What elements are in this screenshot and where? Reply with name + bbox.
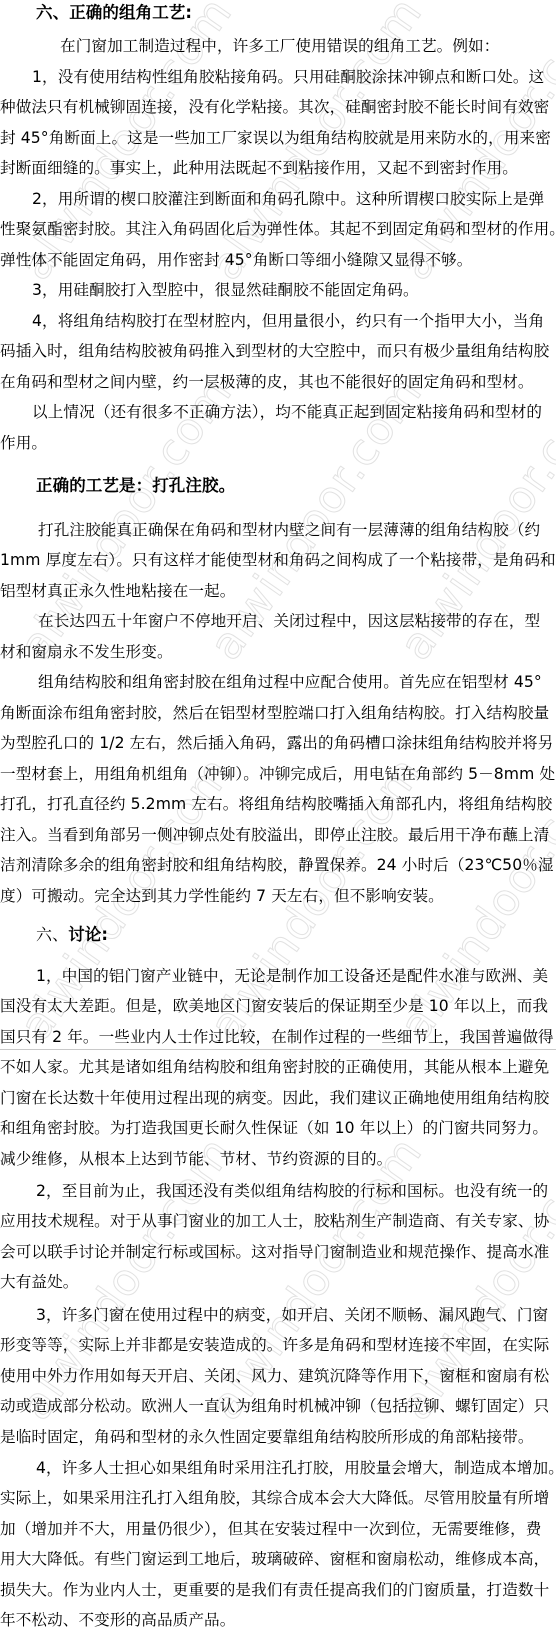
paragraph-line: 使用中外力作用如每天开启、关闭、风力、建筑沉降等作用下，窗框和窗扇有松 [0, 1366, 549, 1386]
paragraph-line: 门窗在长达数十年使用过程出现的病变。因此，我们建议正确地使用组角结构胶 [0, 1088, 549, 1108]
horizontal-rule [0, 1049, 556, 1050]
paragraph-line: 封断面细缝的。事实上，此种用法既起不到粘接作用，又起不到密封作用。 [0, 158, 518, 178]
paragraph-line: 3，许多门窗在使用过程中的病变，如开启、关闭不顺畅、漏风跑气、门窗 [36, 1305, 548, 1325]
section-intro: 在门窗加工制造过程中，许多工厂使用错误的组角工艺。例如： [60, 36, 499, 56]
paragraph-line: 以上情况（还有很多不正确方法），均不能真正起到固定粘接角码和型材的 [32, 402, 542, 422]
document-page: alwindoor.com alwindoor.com alwindoor.co… [0, 0, 556, 1635]
paragraph-line: 在长达四五十年窗户不停地开启、关闭过程中，因这层粘接带的存在，型 [38, 611, 540, 631]
paragraph-line: 4，许多人士担心如果组角时采用注孔打胶，用胶量会增大，制造成本增加。 [36, 1458, 556, 1478]
paragraph-line: 应用技术规程。对于从事门窗业的加工人士，胶粘剂生产制造商、有关专家、协 [0, 1211, 549, 1231]
paragraph-line: 为型腔孔口的 1/2 左右，然后插入角码，露出的角码槽口涂抹组角结构胶并将另 [0, 733, 553, 753]
paragraph-line: 国只有 2 年。一些业内人士作过比较，在制作过程的一些细节上，我国普遍做得 [0, 1027, 554, 1047]
paragraph-line: 作用。 [0, 433, 47, 453]
paragraph-line: 种做法只有机械铆固连接，没有化学粘接。其次，硅酮密封胶不能长时间有效密 [0, 97, 549, 117]
paragraph-line: 年不松动、不变形的高品质产品。 [0, 1610, 235, 1630]
heading-prefix: 六、 [36, 925, 68, 944]
section-heading-discussion: 六、讨论: [36, 925, 108, 945]
paragraph-line: 在角码和型材之间内壁，约一层极薄的皮，其也不能很好的固定角码和型材。 [0, 372, 534, 392]
paragraph-line: 洁剂清除多余的组角密封胶和组角结构胶，静置保养。24 小时后（23℃50％湿 [0, 855, 554, 875]
paragraph-line: 2，至目前为止，我国还没有类似组角结构胶的行标和国标。也没有统一的 [36, 1181, 548, 1201]
paragraph-line: 和组角密封胶。为打造我国更长耐久性保证（如 10 年以上）的门窗共同努力。 [0, 1118, 548, 1138]
heading-main: 讨论: [68, 925, 108, 944]
paragraph-line: 度）可搬动。完全达到其力学性能约 7 天左右，但不影响安装。 [0, 886, 444, 906]
paragraph-line: 减少维修，从根本上达到节能、节材、节约资源的目的。 [0, 1149, 392, 1169]
paragraph-line: 国没有太大差距。但是，欧美地区门窗安装后的保证期至少是 10 年以上，而我 [0, 996, 548, 1016]
paragraph-line: 弹性体不能固定角码，用作密封 45°角断口等细小缝隙又显得不够。 [0, 250, 472, 270]
paragraph-line: 铝型材真正永久性地粘接在一起。 [0, 581, 235, 601]
paragraph-line: 不如人家。尤其是诸如组角结构胶和组角密封胶的正确使用，其能从根本上避免 [0, 1057, 549, 1077]
paragraph-line: 1，没有使用结构性组角胶粘接角码。只用硅酮胶涂抹冲铆点和断口处。这 [32, 67, 544, 87]
paragraph-line: 大有益处。 [0, 1272, 78, 1292]
paragraph-line: 实际上，如果采用注孔打入组角胶，其综合成本会大大降低。尽管用胶量有所增 [0, 1488, 549, 1508]
paragraph-line: 打孔，打孔直径约 5.2mm 左右。将组角结构胶嘴插入角部孔内，将组角结构胶 [0, 794, 552, 814]
paragraph-line: 注入。当看到角部另一侧冲铆点处有胶溢出，即停止注胶。最后用干净布蘸上清 [0, 825, 549, 845]
paragraph-line: 形变等等，实际上并非都是安装造成的。许多是角码和型材连接不牢固，在实际 [0, 1335, 549, 1355]
watermark-layer: alwindoor.com alwindoor.com alwindoor.co… [0, 0, 556, 1635]
paragraph-line: 材和窗扇永不发生形变。 [0, 642, 173, 662]
paragraph-line: 2，用所谓的楔口胶灌注到断面和角码孔隙中。这种所谓楔口胶实际上是弹 [32, 189, 544, 209]
paragraph-line: 损失大。作为业内人士，更重要的是我们有责任提高我们的门窗质量，打造数十 [0, 1580, 549, 1600]
paragraph-line: 4，将组角结构胶打在型材腔内，但用量很小，约只有一个指甲大小，当角 [32, 311, 544, 331]
paragraph-line: 封 45°角断面上。这是一些加工厂家误以为组角结构胶就是用来防水的，用来密 [0, 128, 551, 148]
paragraph-line: 用大大降低。有些门窗运到工地后，玻璃破碎、窗框和窗扇松动，维修成本高， [0, 1549, 549, 1569]
paragraph-line: 加（增加并不大，用量仍很少），但其在安装过程中一次到位，无需要维修，费 [0, 1519, 541, 1539]
paragraph-line: 1，中国的铝门窗产业链中，无论是制作加工设备还是配件水准与欧洲、美 [36, 966, 548, 986]
paragraph-line: 码插入时，组角结构胶被角码推入到型材的大空腔中，而只有极少量组角结构胶 [0, 341, 549, 361]
paragraph-line: 打孔注胶能真正确保在角码和型材内壁之间有一层薄薄的组角结构胶（约 [38, 520, 540, 540]
paragraph-line: 动或造成部分松动。欧洲人一直认为组角时机械冲铆（包括拉铆、螺钉固定）只 [0, 1396, 549, 1416]
paragraph-line: 组角结构胶和组角密封胶在组角过程中应配合使用。首先应在铝型材 45° [38, 672, 542, 692]
paragraph-line: 性聚氨酯密封胶。其注入角码固化后为弹性体。其起不到固定角码和型材的作用。 [0, 219, 556, 239]
paragraph-line: 角断面涂布组角密封胶，然后在铝型材型腔端口打入组角结构胶。打入结构胶量 [0, 703, 549, 723]
paragraph-line: 是临时固定，角码和型材的永久性固定要靠组角结构胶所形成的角部粘接带。 [0, 1427, 534, 1447]
paragraph-line: 会可以联手讨论并制定行标或国标。这对指导门窗制造业和规范操作、提高水准 [0, 1242, 549, 1262]
section-heading-correct-corner-process: 六、正确的组角工艺: [36, 3, 192, 23]
paragraph-line: 3，用硅酮胶打入型腔中，很显然硅酮胶不能固定角码。 [32, 280, 419, 300]
section-heading-correct-process: 正确的工艺是：打孔注胶。 [36, 476, 235, 496]
paragraph-line: 一型材套上，用组角机组角（冲铆）。冲铆完成后，用电钻在角部约 5－8mm 处 [0, 764, 555, 784]
paragraph-line: 1mm 厚度左右）。只有这样才能使型材和角码之间构成了一个粘接带，是角码和 [0, 550, 556, 570]
